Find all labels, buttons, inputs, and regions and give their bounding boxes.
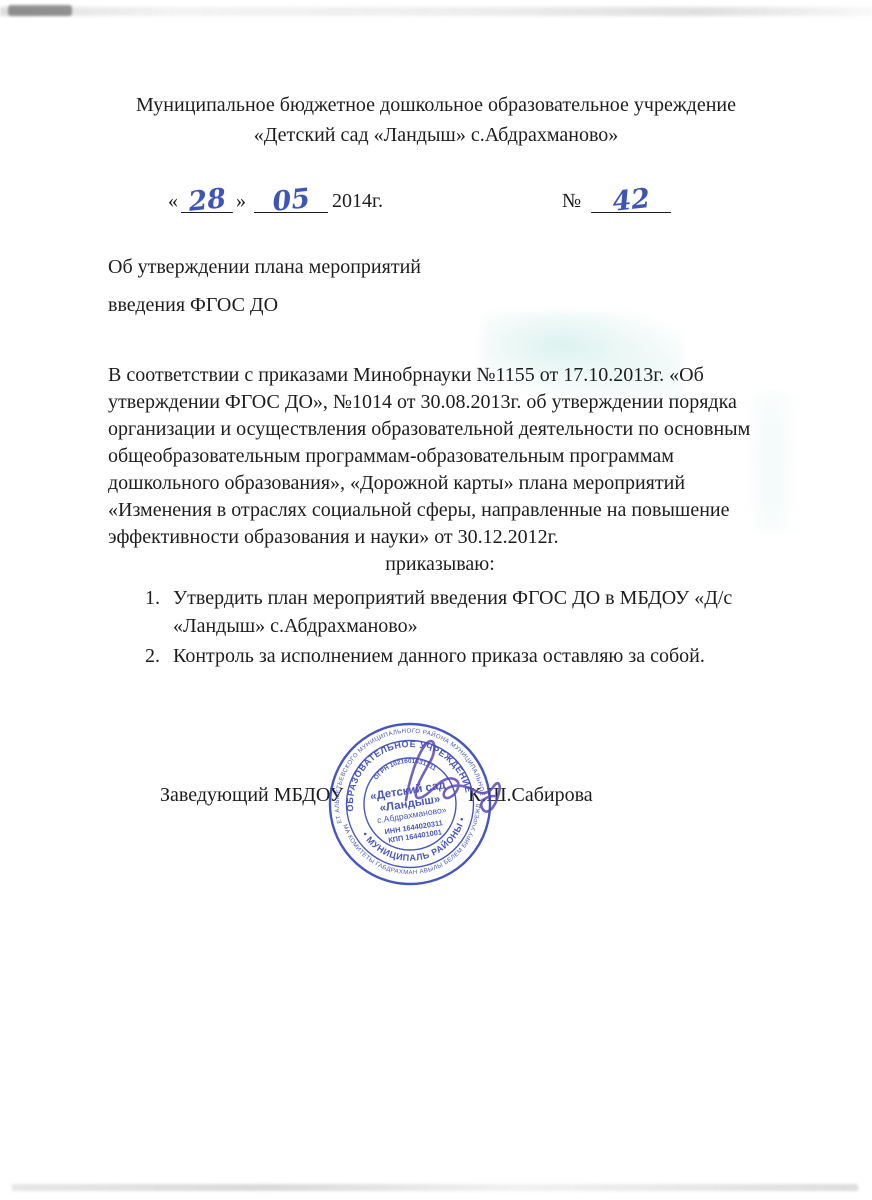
day-underline: 28 [181,186,233,213]
handwritten-month: 05 [272,189,311,213]
scan-artifact-corner-blotch [8,5,72,16]
subject-block: Об утверждении плана мероприятий введени… [108,248,421,324]
official-stamp: ИСПОЛНИТЕЛЬНЫЙ КОМИТЕТ АЛЬМЕТЬЕВСКОГО МУ… [310,704,520,909]
handwritten-day: 28 [188,189,227,213]
open-quote: « [168,190,178,213]
number-underline: 42 [591,186,671,213]
decree-word: приказываю: [108,553,772,576]
number-sign: № [562,190,581,213]
stamp-seal-group: ИСПОЛНИТЕЛЬНЫЙ КОМИТЕТ АЛЬМЕТЬЕВСКОГО МУ… [310,704,502,899]
item-number: 1. [145,584,173,640]
month-underline: 05 [254,186,328,213]
subject-line-1: Об утверждении плана мероприятий [108,248,421,286]
year-label: 2014г. [332,190,383,213]
list-item: 1. Утвердить план мероприятий введения Ф… [145,584,775,640]
scan-artifact-top-smudge [0,7,872,16]
order-items-list: 1. Утвердить план мероприятий введения Ф… [145,584,775,672]
header-line-1: Муниципальное бюджетное дошкольное образ… [86,90,786,120]
scanned-document-page: Муниципальное бюджетное дошкольное образ… [0,0,872,1200]
document-number-field: №42 [562,186,671,213]
header-line-2: «Детский сад «Ландыш» с.Абдрахманово» [86,120,786,150]
item-text: Утвердить план мероприятий введения ФГОС… [173,584,775,640]
date-and-number-row: «28»052014г. №42 [0,186,872,226]
close-quote: » [236,190,246,213]
document-header: Муниципальное бюджетное дошкольное образ… [86,90,786,150]
subject-line-2: введения ФГОС ДО [108,286,421,324]
handwritten-number: 42 [612,189,651,213]
list-item: 2. Контроль за исполнением данного прика… [145,642,775,670]
item-number: 2. [145,642,173,670]
body-paragraph: В соответствии с приказами Минобрнауки №… [108,362,774,551]
stamp-svg: ИСПОЛНИТЕЛЬНЫЙ КОМИТЕТ АЛЬМЕТЬЕВСКОГО МУ… [310,704,520,909]
scan-artifact-bottom-smudge [12,1184,858,1191]
date-field: «28»052014г. [168,186,383,213]
item-text: Контроль за исполнением данного приказа … [173,642,705,670]
